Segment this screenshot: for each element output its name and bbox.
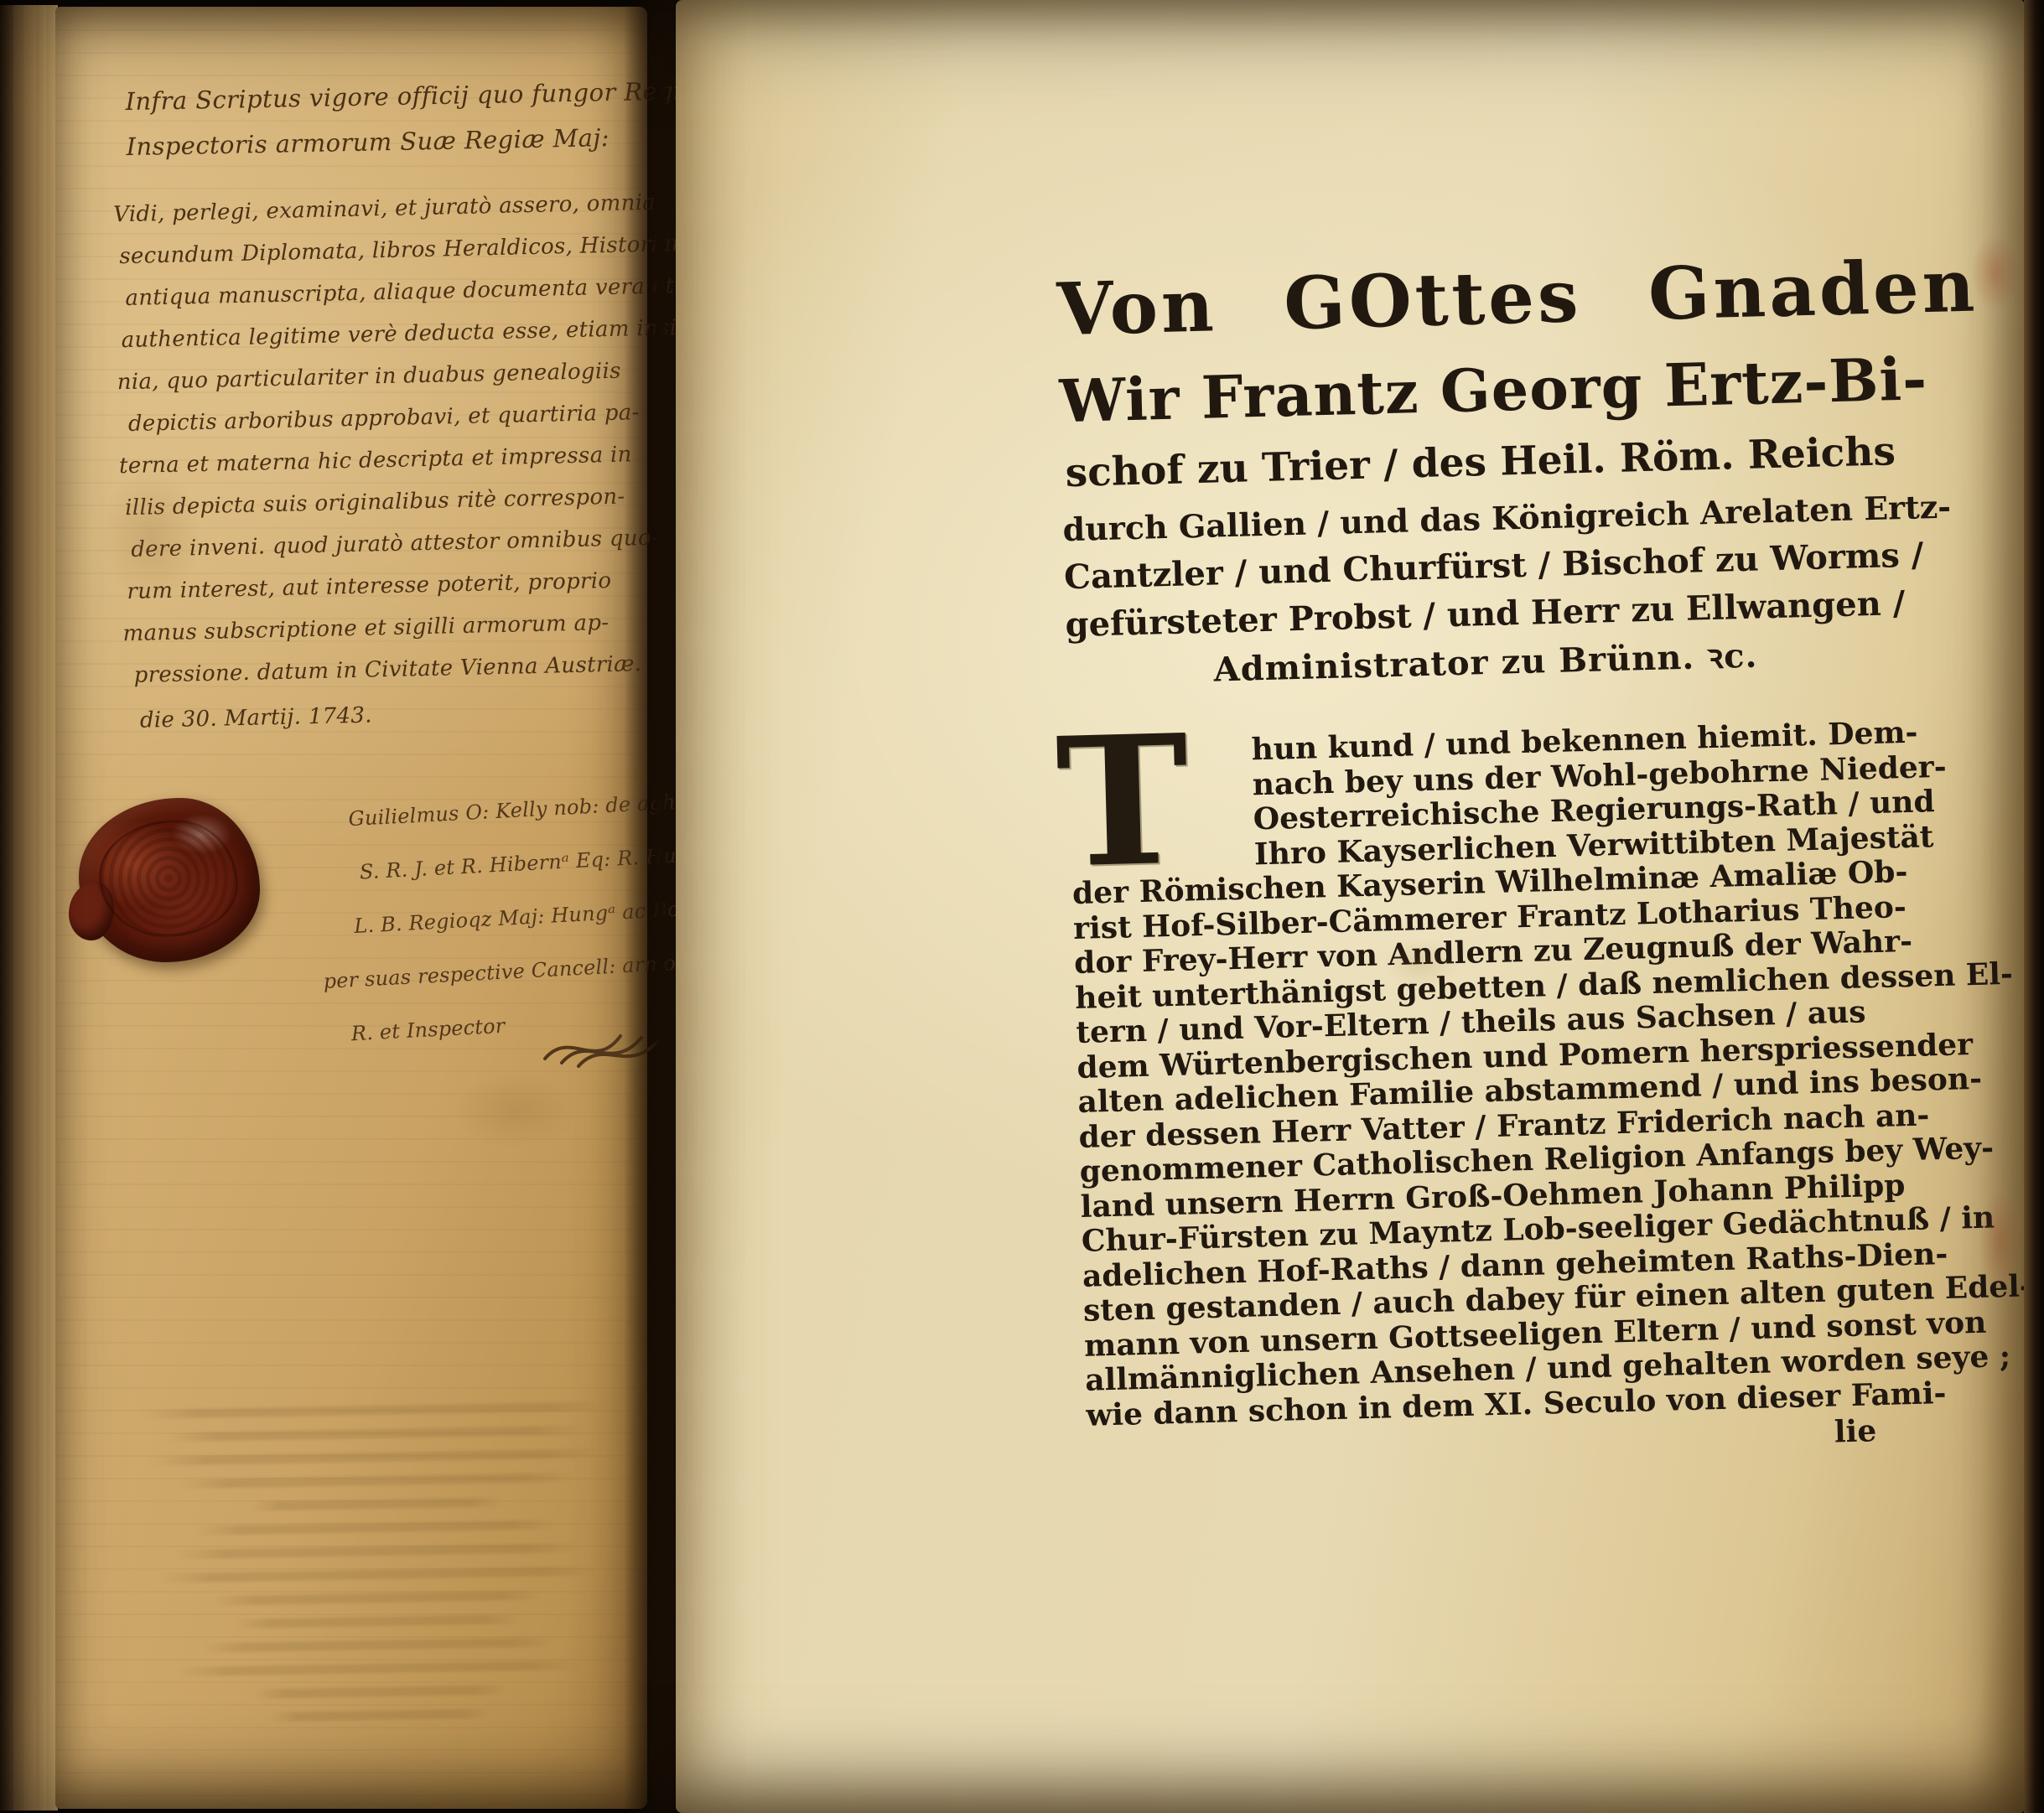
fore-edge-shadow xyxy=(2024,0,2044,1813)
book-page-stack-edge xyxy=(24,5,36,1810)
book-page-stack-edge xyxy=(13,5,24,1810)
printed-text-block: Von GOttes GnadenWir Frantz Georg Ertz-B… xyxy=(1056,237,1925,1470)
printed-heading: Von GOttes GnadenWir Frantz Georg Ertz-B… xyxy=(1056,237,1905,699)
manuscript-body: Vidi, perlegi, examinavi, et juratò asse… xyxy=(113,182,662,742)
book-page-stack-edge xyxy=(36,5,46,1810)
open-book-photo: Infra Scriptus vigore officij quo fungor… xyxy=(0,0,2044,1813)
show-through-ghost-text xyxy=(114,1387,640,1739)
printed-body: T hun kund / und bekennen hiemit. Dem-na… xyxy=(1068,716,1926,1470)
printed-body-lines: hun kund / und bekennen hiemit. Dem-nach… xyxy=(1068,716,1924,1433)
book-page-stack-edge xyxy=(0,5,13,1810)
red-wax-seal xyxy=(79,798,260,962)
manuscript-heading: Infra Scriptus vigore officij quo fungor… xyxy=(125,69,663,169)
